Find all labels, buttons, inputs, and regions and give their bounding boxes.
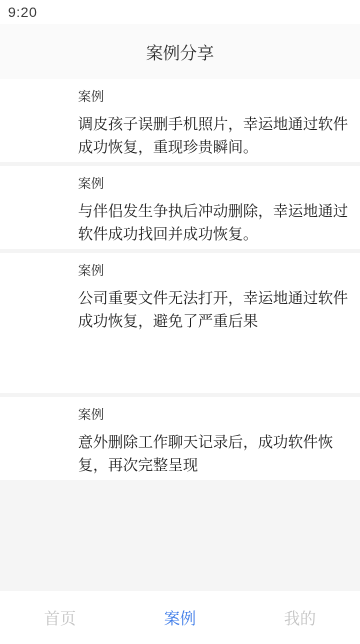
status-bar: 9:20 xyxy=(0,0,360,24)
status-time: 9:20 xyxy=(8,4,37,20)
case-label: 案例 xyxy=(78,407,350,423)
case-label: 案例 xyxy=(78,263,350,279)
case-text: 调皮孩子误删手机照片，幸运地通过软件成功恢复，重现珍贵瞬间。 xyxy=(78,113,350,159)
empty-area xyxy=(0,480,360,591)
case-text: 意外删除工作聊天记录后，成功软件恢复，再次完整呈现 xyxy=(78,431,350,477)
tab-cases[interactable]: 案例 xyxy=(120,606,240,629)
tab-profile[interactable]: 我的 xyxy=(240,606,360,629)
page-title: 案例分享 xyxy=(146,39,214,64)
case-card[interactable]: 案例 公司重要文件无法打开，幸运地通过软件成功恢复，避免了严重后果 xyxy=(0,253,360,393)
case-card[interactable]: 案例 调皮孩子误删手机照片，幸运地通过软件成功恢复，重现珍贵瞬间。 xyxy=(0,79,360,162)
tab-home[interactable]: 首页 xyxy=(0,606,120,629)
case-text: 公司重要文件无法打开，幸运地通过软件成功恢复，避免了严重后果 xyxy=(78,287,350,333)
case-card[interactable]: 案例 意外删除工作聊天记录后，成功软件恢复，再次完整呈现 xyxy=(0,397,360,480)
case-label: 案例 xyxy=(78,176,350,192)
case-label: 案例 xyxy=(78,89,350,105)
app-screen: 9:20 案例分享 案例 调皮孩子误删手机照片，幸运地通过软件成功恢复，重现珍贵… xyxy=(0,0,360,644)
header: 案例分享 xyxy=(0,24,360,79)
case-card[interactable]: 案例 与伴侣发生争执后冲动删除，幸运地通过软件成功找回并成功恢复。 xyxy=(0,166,360,249)
tab-bar: 首页 案例 我的 xyxy=(0,591,360,644)
case-text: 与伴侣发生争执后冲动删除，幸运地通过软件成功找回并成功恢复。 xyxy=(78,200,350,246)
